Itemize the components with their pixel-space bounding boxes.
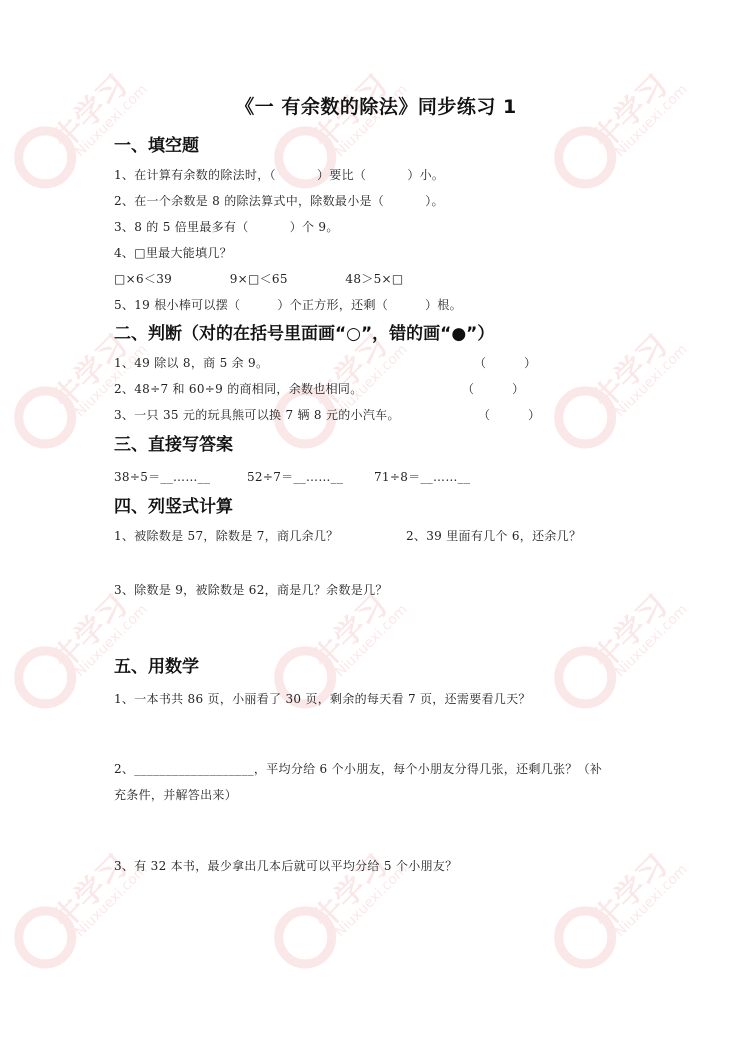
question-text: 2、39 里面有几个 6，还余几？: [406, 527, 581, 544]
section-heading-judge: 二、判断（对的在括号里面画“○”，错的画“●”）: [114, 319, 494, 344]
question-text: 5、19 根小棒可以摆（ ）个正方形，还剩（ ）根。: [114, 296, 462, 313]
question-text: 4、□里最大能填几？: [114, 244, 232, 261]
answer-parentheses: （ ）: [474, 354, 536, 371]
question-text: 1、被除数是 57，除数是 7，商几余几？: [114, 527, 338, 544]
worksheet-page: 《一 有余数的除法》同步练习 1 一、填空题 1、在计算有余数的除法时，（ ）要…: [0, 0, 752, 1064]
question-text: 3、除数是 9，被除数是 62，商是几？余数是几？: [114, 581, 388, 598]
question-text: 1、一本书共 86 页，小丽看了 30 页，剩余的每天看 7 页，还需要看几天？: [114, 690, 531, 707]
question-text: 2、___________________，平均分给 6 个小朋友，每个小朋友分…: [114, 760, 602, 777]
question-text: □×6＜39 9×□＜65 48＞5×□: [114, 270, 404, 287]
question-text: 3、有 32 本书，最少拿出几本后就可以平均分给 5 个小朋友？: [114, 857, 457, 874]
question-text: 3、一只 35 元的玩具熊可以换 7 辆 8 元的小汽车。: [114, 406, 400, 423]
section-heading-apply-math: 五、用数学: [114, 652, 199, 677]
page-title: 《一 有余数的除法》同步练习 1: [0, 92, 752, 119]
question-text: 充条件，并解答出来）: [114, 786, 237, 803]
section-heading-vertical-calc: 四、列竖式计算: [114, 492, 233, 517]
question-text: 2、在一个余数是 8 的除法算式中，除数最小是（ ）。: [114, 192, 444, 209]
question-text: 1、49 除以 8，商 5 余 9。: [114, 354, 268, 371]
section-heading-direct-answer: 三、直接写答案: [114, 430, 233, 455]
question-text: 71÷8＝__……__: [374, 468, 470, 485]
question-text: 3、8 的 5 倍里最多有（ ）个 9。: [114, 218, 339, 235]
question-text: 52÷7＝__……__: [247, 468, 343, 485]
answer-parentheses: （ ）: [462, 380, 524, 397]
question-text: 1、在计算有余数的除法时，（ ）要比（ ）小。: [114, 166, 444, 183]
question-text: 2、48÷7 和 60÷9 的商相同，余数也相同。: [114, 380, 363, 397]
question-text: 38÷5＝__……__: [114, 468, 210, 485]
answer-parentheses: （ ）: [478, 406, 540, 423]
section-heading-fill-blank: 一、填空题: [114, 131, 199, 156]
